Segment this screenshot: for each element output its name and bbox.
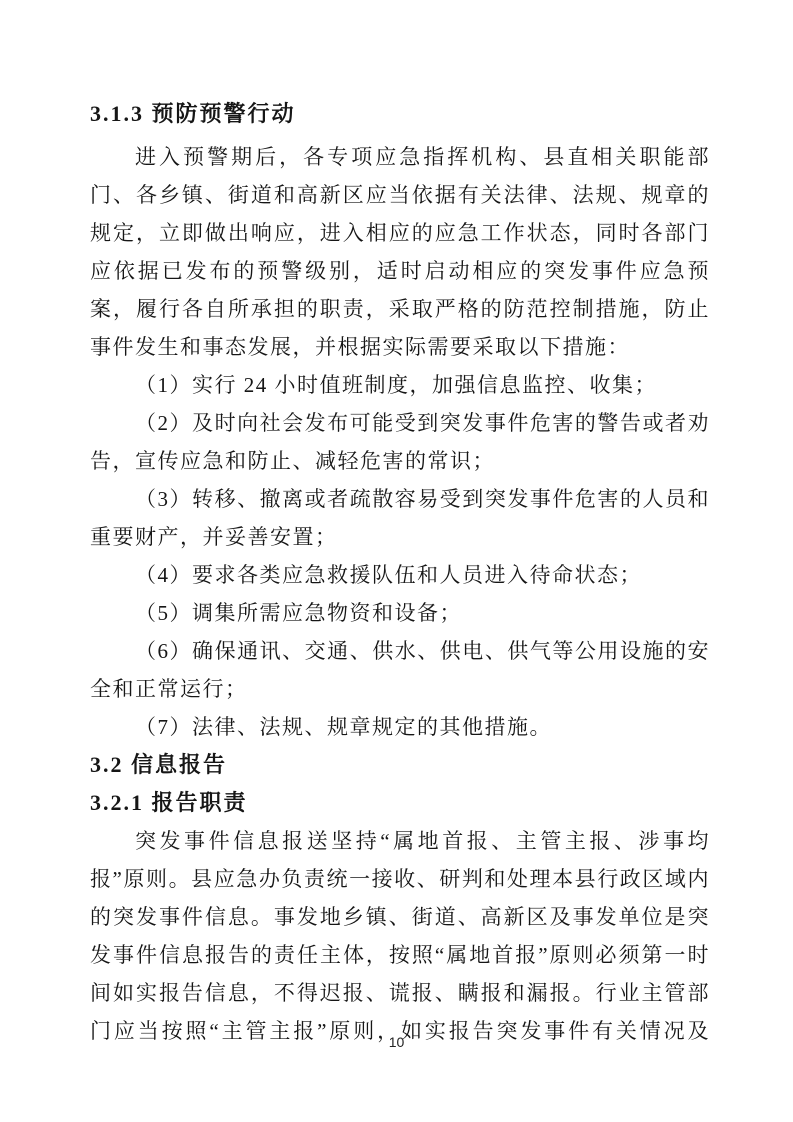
list-item-7: （7）法律、法规、规章规定的其他措施。 xyxy=(90,708,710,746)
section-heading-3-2: 3.2 信息报告 xyxy=(90,746,710,784)
document-page: 3.1.3 预防预警行动 进入预警期后，各专项应急指挥机构、县直相关职能部门、各… xyxy=(0,0,793,1122)
page-number: 10 xyxy=(0,1034,793,1050)
list-item-4: （4）要求各类应急救援队伍和人员进入待命状态； xyxy=(90,556,710,594)
section-heading-3-2-1: 3.2.1 报告职责 xyxy=(90,784,710,822)
list-item-5: （5）调集所需应急物资和设备； xyxy=(90,594,710,632)
list-item-1: （1）实行 24 小时值班制度，加强信息监控、收集； xyxy=(90,366,710,404)
paragraph-prevention-warning-actions: 进入预警期后，各专项应急指挥机构、县直相关职能部门、各乡镇、街道和高新区应当依据… xyxy=(90,138,710,366)
list-item-6: （6）确保通讯、交通、供水、供电、供气等公用设施的安全和正常运行； xyxy=(90,632,710,708)
list-item-3: （3）转移、撤离或者疏散容易受到突发事件危害的人员和重要财产，并妥善安置； xyxy=(90,480,710,556)
paragraph-report-responsibility: 突发事件信息报送坚持“属地首报、主管主报、涉事均报”原则。县应急办负责统一接收、… xyxy=(90,822,710,1050)
section-heading-3-1-3: 3.1.3 预防预警行动 xyxy=(90,95,710,133)
list-item-2: （2）及时向社会发布可能受到突发事件危害的警告或者劝告，宣传应急和防止、减轻危害… xyxy=(90,404,710,480)
document-content: 3.1.3 预防预警行动 进入预警期后，各专项应急指挥机构、县直相关职能部门、各… xyxy=(90,95,710,1050)
